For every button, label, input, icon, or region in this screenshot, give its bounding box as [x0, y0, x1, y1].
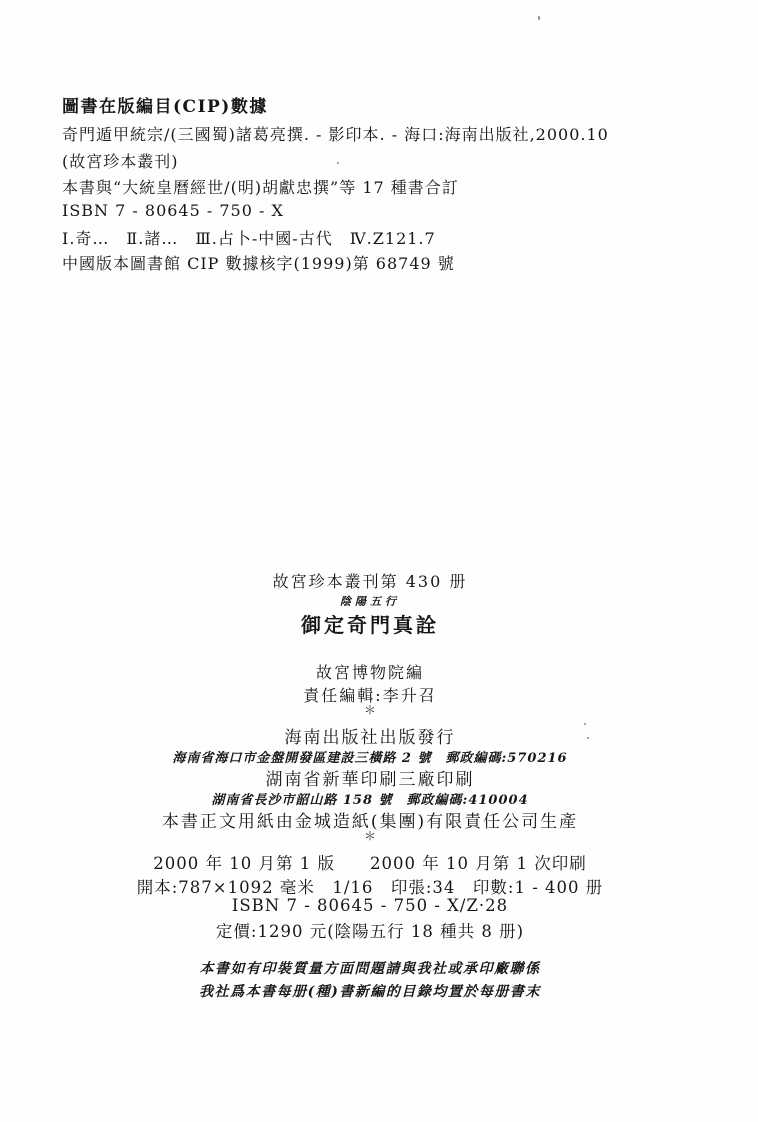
publisher-address: 海南省海口市金盤開發區建設三橫路 2 號 郵政編碼:570216: [0, 747, 740, 766]
cip-isbn: ISBN 7 - 80645 - 750 - X: [62, 201, 284, 220]
series-volume-line: 故宮珍本叢刊第 430 册: [0, 569, 740, 592]
publisher-line: 海南出版社出版發行: [0, 723, 740, 748]
asterisk-separator: ＊: [0, 827, 740, 844]
price-line: 定價:1290 元(陰陽五行 18 種共 8 册): [0, 918, 740, 942]
cip-record-number: 中國版本圖書館 CIP 數據核字(1999)第 68749 號: [62, 251, 455, 274]
cip-classification: Ⅰ.奇… Ⅱ.諸… Ⅲ.占卜-中國-古代 Ⅳ.Z121.7: [62, 226, 436, 249]
quality-notice-line: 本書如有印裝質量方面問題請與我社或承印廠聯係: [0, 958, 740, 978]
scan-speck: [538, 16, 540, 20]
format-line: 開本:787×1092 毫米 1/16 印張:34 印數:1 - 400 册: [0, 874, 740, 898]
colophon-page: 圖書在版編目(CIP)數據 奇門遁甲統宗/(三國蜀)諸葛亮撰. - 影印本. -…: [0, 0, 758, 1122]
asterisk-separator: ＊: [0, 701, 740, 718]
book-title: 御定奇門真詮: [0, 609, 740, 638]
isbn-line: ISBN 7 - 80645 - 750 - X/Z·28: [0, 896, 740, 915]
edition-line: 2000 年 10 月第 1 版 2000 年 10 月第 1 次印刷: [0, 850, 740, 874]
printer-address: 湖南省長沙市韶山路 158 號 郵政編碼:410004: [0, 789, 740, 808]
cip-binding-note: 本書與“大統皇曆經世/(明)胡獻忠撰”等 17 種書合訂: [62, 175, 459, 198]
scan-speck: [337, 162, 339, 164]
cip-series-statement: (故宮珍本叢刊): [62, 149, 179, 172]
compiler-line: 故宮博物院編: [0, 660, 740, 683]
cip-title-statement: 奇門遁甲統宗/(三國蜀)諸葛亮撰. - 影印本. - 海口:海南出版社,2000…: [62, 122, 609, 145]
printer-line: 湖南省新華印刷三廠印刷: [0, 765, 740, 790]
catalog-notice-line: 我社爲本書每册(種)書新編的目錄均置於每册書末: [0, 981, 740, 1001]
cip-heading: 圖書在版編目(CIP)數據: [62, 92, 268, 117]
category-line: 陰陽五行: [0, 593, 740, 609]
